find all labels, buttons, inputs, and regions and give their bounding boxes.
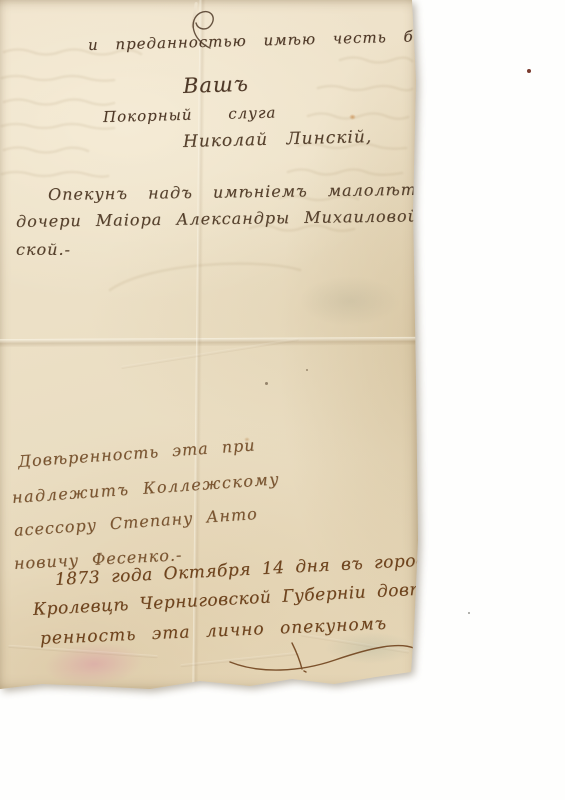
paper-shadow: и преданностью имѣю честь быть Вашъ Поко… — [0, 0, 418, 690]
ink-speck — [265, 382, 268, 385]
scanner-background: и преданностью имѣю честь быть Вашъ Поко… — [0, 0, 565, 800]
ink-speck — [306, 369, 308, 371]
closing-line-2: Вашъ — [183, 72, 250, 98]
background-speck-small — [468, 612, 470, 614]
manuscript-page: и преданностью имѣю честь быть Вашъ Поко… — [0, 0, 418, 690]
guardian-note-line-3: ской.- — [16, 240, 71, 259]
background-speck — [527, 69, 531, 73]
